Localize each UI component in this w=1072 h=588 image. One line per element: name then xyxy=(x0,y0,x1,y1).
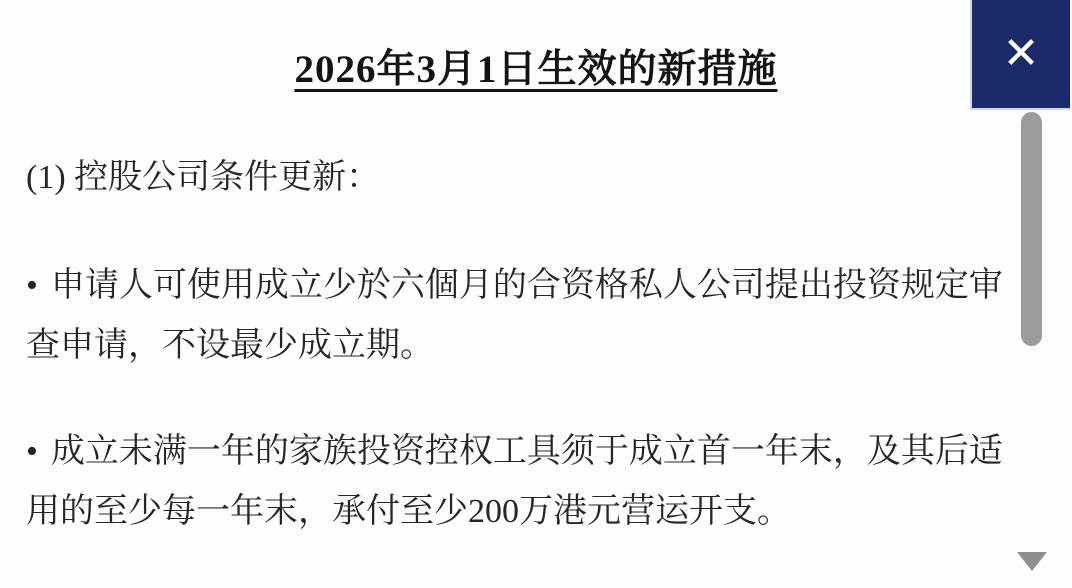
dialog-title: 2026年3月1日生效的新措施 xyxy=(0,38,1072,94)
bullet-marker: • xyxy=(26,267,38,304)
bullet-text: 申请人可使用成立少於六個月的合资格私人公司提出投资规定审查申请，不设最少成立期。 xyxy=(26,267,1003,364)
bullet-item: •成立未满一年的家族投资控权工具须于成立首一年末，及其后适用的至少每一年末，承付… xyxy=(26,422,1016,542)
bullet-item: •申请人可使用成立少於六個月的合资格私人公司提出投资规定审查申请，不设最少成立期… xyxy=(26,256,1016,376)
bullet-marker: • xyxy=(26,433,38,470)
modal-dialog: 2026年3月1日生效的新措施 (1) 控股公司条件更新： •申请人可使用成立少… xyxy=(0,0,1072,588)
close-button[interactable]: ✕ xyxy=(970,0,1070,110)
bullet-text: 成立未满一年的家族投资控权工具须于成立首一年末，及其后适用的至少每一年末，承付至… xyxy=(26,433,1003,530)
scrollbar-down-arrow-icon[interactable] xyxy=(1017,552,1047,571)
section-heading: (1) 控股公司条件更新： xyxy=(26,156,1014,200)
scrollbar-thumb[interactable] xyxy=(1021,112,1042,346)
dialog-content: 2026年3月1日生效的新措施 (1) 控股公司条件更新： •申请人可使用成立少… xyxy=(0,0,1072,542)
close-icon: ✕ xyxy=(1003,32,1040,76)
